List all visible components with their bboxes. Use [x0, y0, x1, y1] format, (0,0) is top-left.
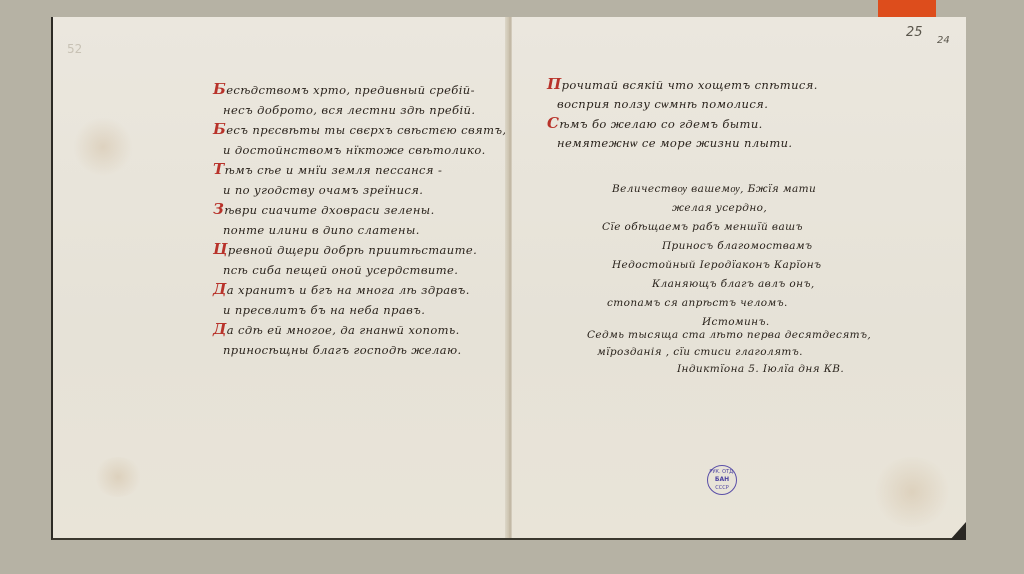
- page-corner-fold: [950, 522, 966, 540]
- manuscript-line: Кланяющъ благъ авлъ онъ,: [592, 275, 821, 294]
- line-text: несъ доброто, вся лестни здѣ пребій.: [223, 103, 475, 117]
- line-text: понте илини в дипо слатены.: [223, 223, 420, 237]
- manuscript-line: Да сдѣ ей многое, да гнанѡй хопоть.: [213, 320, 507, 341]
- manuscript-line: Прочитай всякій что хощетъ спѣтися.: [547, 75, 818, 95]
- left-page-text: Бесѣдствомъ хрто, предивный сребій-несъ …: [213, 80, 507, 360]
- manuscript-line: восприя ползу сѡмнѣ помолися.: [547, 95, 818, 114]
- dedication-verse: Величествѹ вашемѹ, Бжїя матижелая усердн…: [592, 180, 821, 332]
- manuscript-line: Тѣмъ сѣе и мнїи земля пессанся -: [213, 160, 507, 181]
- right-page: 25 24 Прочитай всякій что хощетъ спѣтися…: [512, 17, 966, 538]
- line-text: и достойнствомъ нїктоже свѣтолико.: [223, 143, 486, 157]
- manuscript-line: немятежнѡ се море жизни плыти.: [547, 134, 818, 153]
- library-stamp: РУК. ОТД. БАН СССР: [707, 465, 737, 495]
- line-text: немятежнѡ се море жизни плыти.: [557, 136, 793, 150]
- accent-bar: [878, 0, 936, 17]
- line-text: приносѣщны благъ господѣ желаю.: [223, 343, 462, 357]
- manuscript-line: Бесъ прєсвѣты ты свєрхъ свѣстєю святъ,: [213, 120, 507, 141]
- line-text: и по угодству очамъ зреїнися.: [223, 183, 423, 197]
- line-text: ревной дщери добрѣ приитѣстаите.: [228, 243, 477, 257]
- manuscript-line: желая усердно,: [592, 199, 821, 218]
- red-initial-letter: Б: [213, 120, 226, 138]
- stamp-middle-text: БАН: [715, 476, 729, 484]
- line-text: и пресвлитъ бъ на неба правъ.: [223, 303, 425, 317]
- manuscript-line: Величествѹ вашемѹ, Бжїя мати: [592, 180, 821, 199]
- manuscript-line: псѣ сиба пещей оной усердствите.: [213, 261, 507, 281]
- manuscript-line: несъ доброто, вся лестни здѣ пребій.: [213, 101, 507, 121]
- line-text: ѣври сиачите дховраси зелены.: [224, 203, 434, 217]
- red-initial-letter: Д: [213, 280, 227, 298]
- left-page: 52 Бесѣдствомъ хрто, предивный сребій-не…: [53, 17, 508, 538]
- manuscript-line: Недостойный Іеродїаконъ Карїонъ: [592, 256, 821, 275]
- manuscript-spread: 52 Бесѣдствомъ хрто, предивный сребій-не…: [51, 17, 966, 540]
- manuscript-line: Приносъ благомоствамъ: [592, 237, 821, 256]
- line-text: рочитай всякій что хощетъ спѣтися.: [562, 78, 818, 92]
- stamp-top-text: РУК. ОТД.: [709, 468, 734, 476]
- paper-stain: [93, 457, 143, 497]
- red-initial-letter: Д: [213, 320, 227, 338]
- manuscript-line: и по угодству очамъ зреїнися.: [213, 181, 507, 201]
- manuscript-line: Сїе обѣщаемъ рабъ меншїй вашъ: [592, 218, 821, 237]
- red-initial-letter: З: [213, 200, 224, 218]
- red-initial-letter: П: [547, 75, 562, 93]
- red-initial-letter: Т: [213, 160, 225, 178]
- stamp-bottom-text: СССР: [715, 484, 729, 492]
- red-initial-letter: С: [547, 114, 559, 132]
- line-text: восприя ползу сѡмнѣ помолися.: [557, 97, 768, 111]
- manuscript-line: Цревной дщери добрѣ приитѣстаите.: [213, 240, 507, 261]
- manuscript-line: Зѣври сиачите дховраси зелены.: [213, 200, 507, 221]
- colophon: Седмь тысяща ста лѣто перва десятдесятъ,…: [587, 327, 871, 378]
- line-text: есъ прєсвѣты ты свєрхъ свѣстєю святъ,: [226, 123, 506, 137]
- manuscript-line: Седмь тысяща ста лѣто перва десятдесятъ,: [587, 327, 871, 344]
- manuscript-line: Сѣмъ бо желаю со гдемъ быти.: [547, 114, 818, 134]
- right-page-header-text: Прочитай всякій что хощетъ спѣтися.воспр…: [547, 75, 818, 153]
- manuscript-line: приносѣщны благъ господѣ желаю.: [213, 341, 507, 361]
- line-text: ѣмъ сѣе и мнїи земля пессанся -: [225, 163, 443, 177]
- manuscript-line: понте илини в дипо слатены.: [213, 221, 507, 241]
- manuscript-line: Бесѣдствомъ хрто, предивный сребій-: [213, 80, 507, 101]
- manuscript-line: Індиктїона 5. Іюлїа дня КВ.: [587, 361, 871, 378]
- line-text: а хранитъ и бгъ на многа лѣ здравъ.: [227, 283, 470, 297]
- folio-number: 25: [906, 25, 923, 40]
- line-text: есѣдствомъ хрто, предивный сребій-: [226, 83, 475, 97]
- folio-old-number: 24: [937, 35, 950, 46]
- line-text: псѣ сиба пещей оной усердствите.: [223, 263, 458, 277]
- line-text: ѣмъ бо желаю со гдемъ быти.: [559, 117, 762, 131]
- paper-stain: [73, 117, 133, 177]
- manuscript-line: мїрозданія , сїи стиси глаголятъ.: [587, 344, 871, 361]
- manuscript-line: Да хранитъ и бгъ на многа лѣ здравъ.: [213, 280, 507, 301]
- manuscript-line: и достойнствомъ нїктоже свѣтолико.: [213, 141, 507, 161]
- line-text: а сдѣ ей многое, да гнанѡй хопоть.: [227, 323, 460, 337]
- pencil-mark: 52: [67, 42, 82, 56]
- manuscript-line: и пресвлитъ бъ на неба правъ.: [213, 301, 507, 321]
- paper-stain: [872, 457, 952, 527]
- manuscript-line: стопамъ ся апрѣстъ челомъ.: [592, 294, 821, 313]
- red-initial-letter: Б: [213, 80, 226, 98]
- red-initial-letter: Ц: [213, 240, 228, 258]
